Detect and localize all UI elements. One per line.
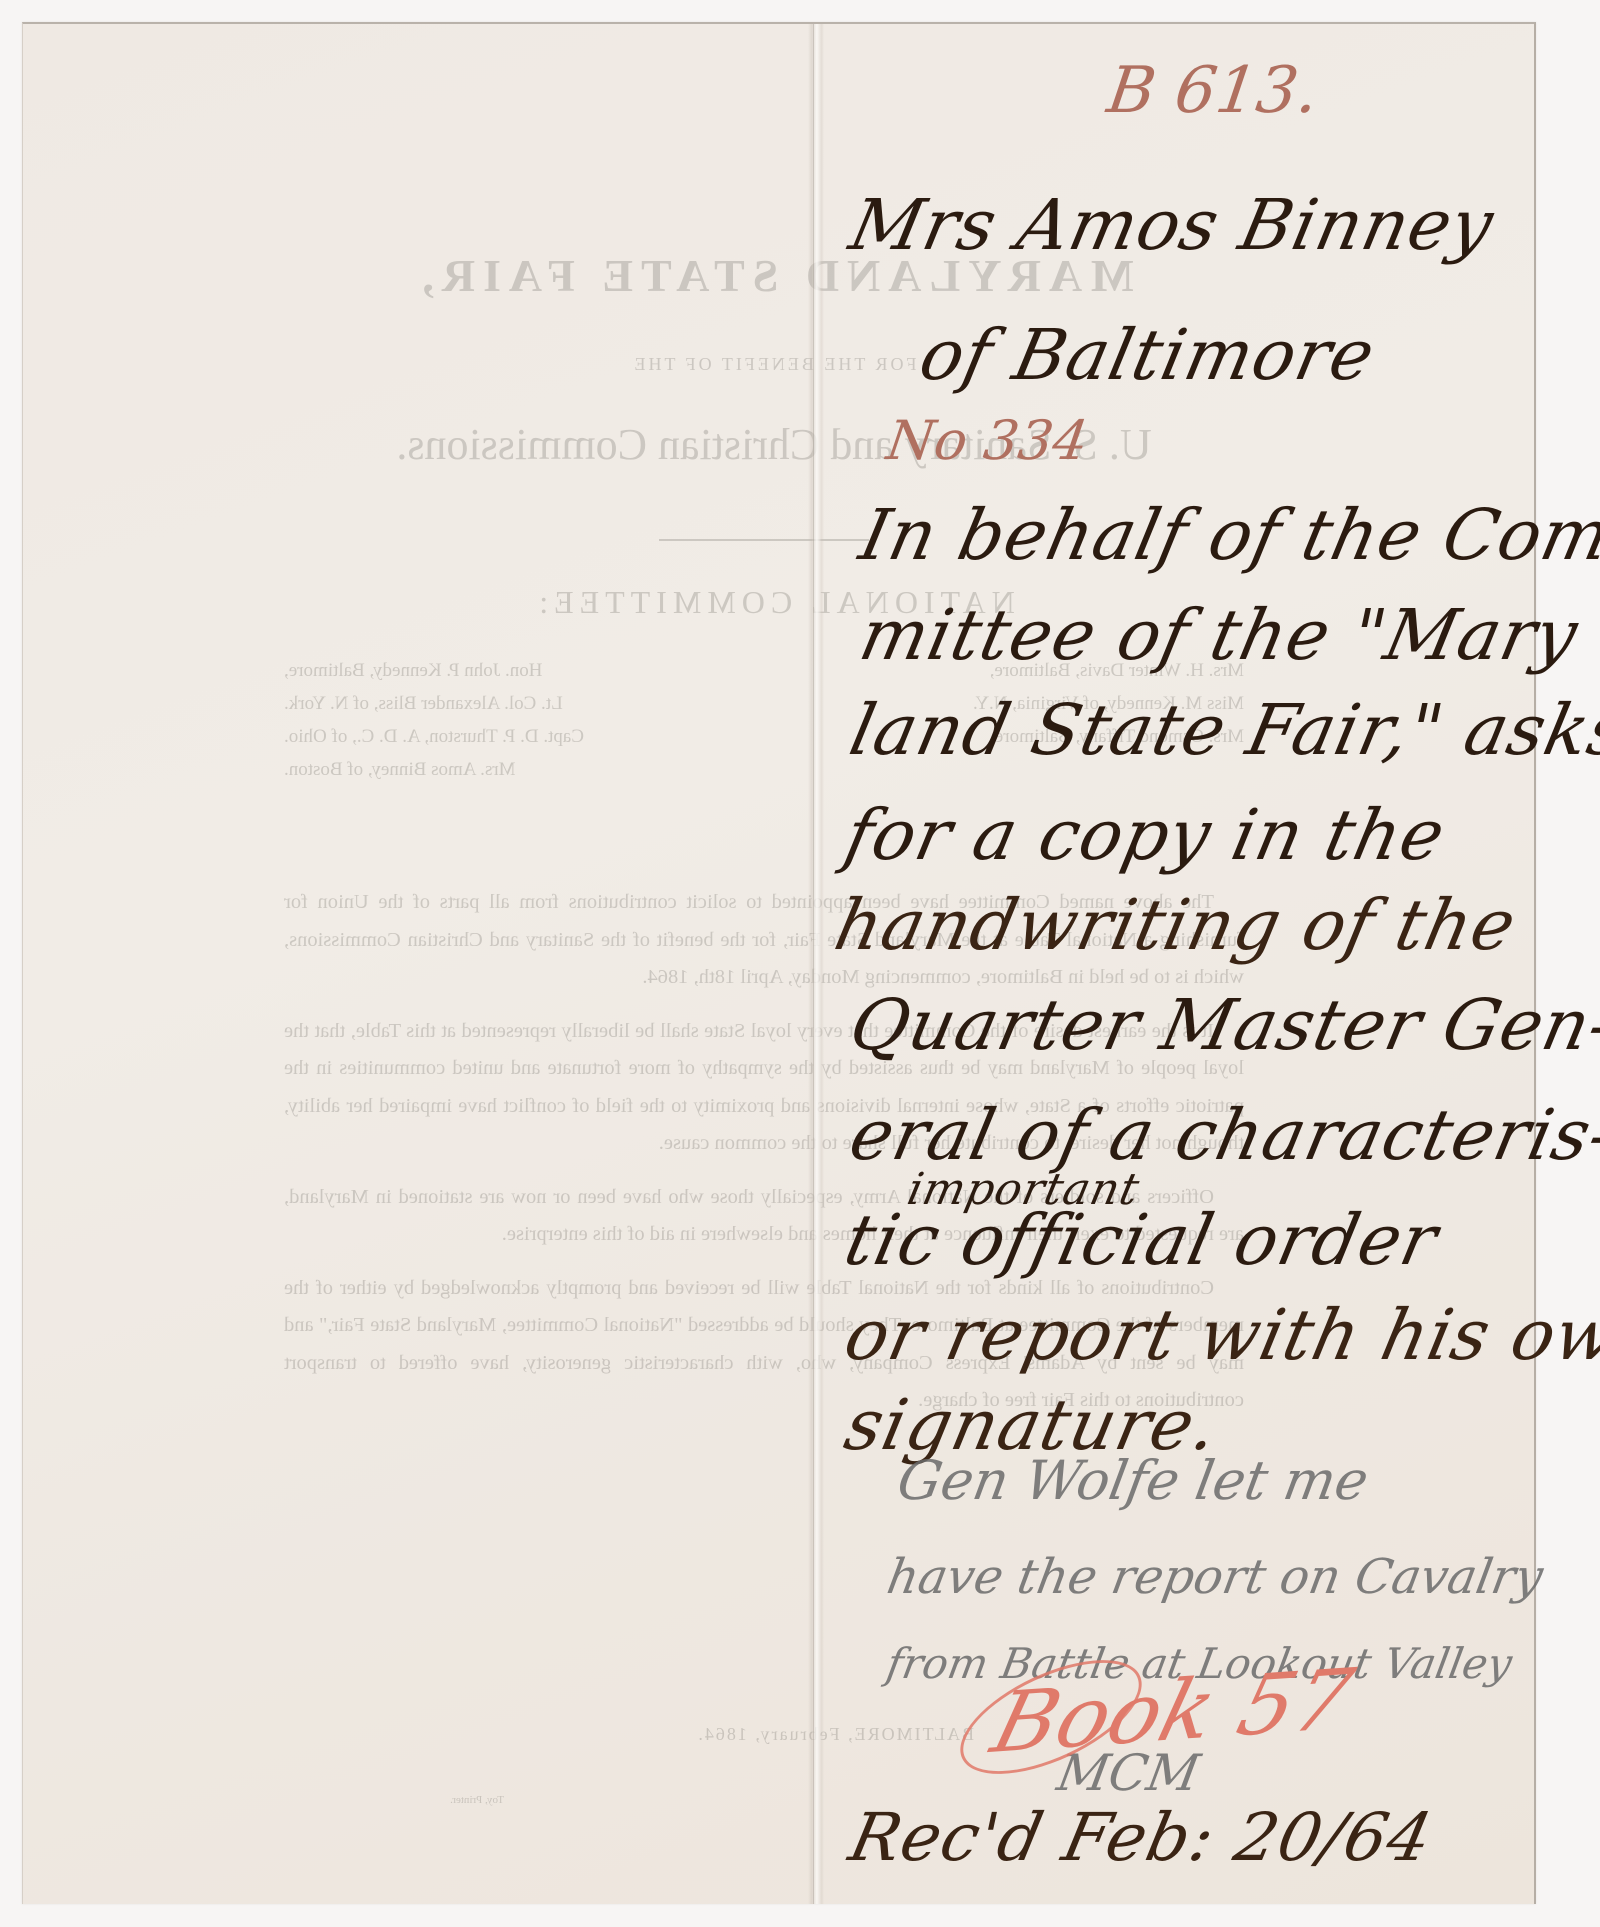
letter-line: of Baltimore	[913, 314, 1382, 396]
reference-number: No 334	[883, 409, 1092, 472]
member: Hon. John P. Kennedy, Baltimore,	[284, 654, 542, 687]
fold-crease	[808, 24, 824, 1904]
document-sheet: MARYLAND STATE FAIR, FOR THE BENEFIT OF …	[22, 22, 1536, 1904]
print-rule	[659, 539, 869, 541]
member: Mrs. Amos Binney, of Boston.	[284, 753, 516, 786]
letter-line: tic official order	[838, 1199, 1445, 1281]
letter-line: In behalf of the Com-	[853, 494, 1600, 576]
letter-line: land State Fair," asks	[843, 689, 1600, 771]
fold-line	[813, 24, 814, 1904]
member: Capt. D. P. Thurston, A. D. C., of Ohio.	[284, 720, 584, 753]
print-commissions: U. S. Sanitary and Christian Commissions…	[274, 419, 1274, 470]
pencil-note-line: Gen Wolfe let me	[893, 1449, 1373, 1512]
print-printer: Toy, Printer.	[450, 1794, 504, 1806]
letter-line: mittee of the "Mary	[853, 594, 1585, 676]
pencil-note-line: have the report on Cavalry	[883, 1549, 1547, 1605]
received-note: Rec'd Feb: 20/64	[843, 1799, 1439, 1876]
letter-line: handwriting of the	[828, 884, 1524, 966]
catalog-mark: B 613.	[1103, 54, 1323, 128]
print-dateline: BALTIMORE, February, 1864.	[696, 1724, 974, 1745]
letter-line: Mrs Amos Binney	[843, 184, 1501, 266]
letter-line: or report with his own	[838, 1294, 1600, 1376]
letter-line: for a copy in the	[838, 794, 1453, 876]
member: Lt. Col. Alexander Bliss, of N. York.	[284, 687, 563, 720]
letter-line: Quarter Master Gen-	[843, 984, 1600, 1066]
